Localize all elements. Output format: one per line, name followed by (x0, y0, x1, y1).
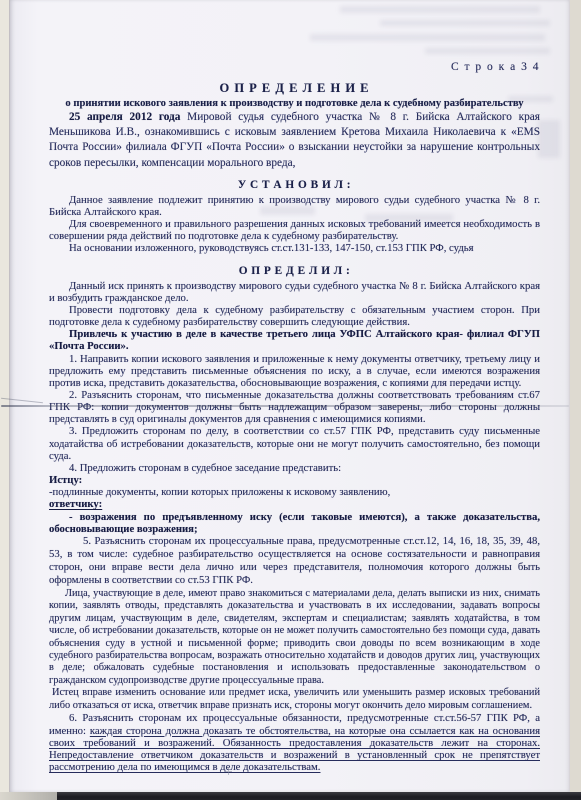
document-title: О П Р Е Д Е Л Е Н И Е (49, 81, 540, 96)
bleed-through-text (538, 120, 560, 158)
fold-crease (1, 405, 569, 407)
item-2: 2. Разъяснить сторонам, что письменные д… (49, 389, 540, 425)
plaintiff-rights-paragraph: Истец вправе изменить основание или пред… (49, 687, 540, 712)
ustanovil-heading: У С Т А Н О В И Л : (49, 178, 540, 192)
item-3: 3. Предложить сторонам по делу, в соотве… (49, 425, 540, 461)
item-6-underlined: каждая сторона должна доказать те обстоя… (49, 725, 540, 774)
opredelil-paragraph-2: Провести подготовку дела к судебному раз… (49, 304, 540, 328)
scan-artifact-plus (225, 768, 232, 775)
item-6: 6. Разъяснить сторонам их процессуальные… (49, 712, 540, 773)
fold-crease-tail (1, 398, 43, 403)
ustanovil-paragraph-2: Для своевременного и правильного разреше… (49, 218, 540, 242)
opredelil-paragraph-1: Данный иск принять к производству мирово… (49, 280, 540, 304)
plaintiff-line: -подлинные документы, копии которых прил… (49, 486, 540, 498)
opredelil-heading: О П Р Е Д Е Л И Л : (49, 264, 540, 278)
scan-bottom-fade (0, 792, 57, 800)
defendant-label: ответчику: (49, 498, 540, 510)
third-party-paragraph: Привлечь к участию в деле в качестве тре… (49, 328, 540, 352)
ustanovil-paragraph-1: Данное заявление подлежит принятию к про… (49, 194, 540, 218)
scanner-bed: { "colors": { "ink": "#262c5c", "ink_bol… (0, 0, 581, 800)
plaintiff-label: Истцу: (49, 474, 540, 486)
intro-date: 25 апреля 2012 года (69, 111, 180, 123)
scanned-page: С т р о к а 3 4 О П Р Е Д Е Л Е Н И Е о … (9, 0, 570, 792)
document-subtitle: о принятии искового заявления к производ… (49, 97, 540, 110)
line-marker: С т р о к а 3 4 (49, 60, 540, 74)
document-body: С т р о к а 3 4 О П Р Е Д Е Л Е Н И Е о … (49, 0, 540, 774)
item-4: 4. Предложить сторонам в судебное заседа… (49, 462, 540, 474)
ustanovil-paragraph-3: На основании изложенного, руководствуясь… (49, 242, 540, 254)
scan-bottom-edge (57, 792, 581, 800)
item-1: 1. Направить копии искового заявления и … (49, 353, 540, 389)
item-5: 5. Разъяснить сторонам их процессуальные… (49, 535, 540, 588)
intro-paragraph: 25 апреля 2012 года Мировой судья судебн… (49, 110, 540, 171)
procedural-rights-paragraph: Лица, участвующие в деле, имеют право зн… (49, 588, 540, 688)
defendant-line: - возражения по предъявленному иску (есл… (49, 511, 540, 535)
